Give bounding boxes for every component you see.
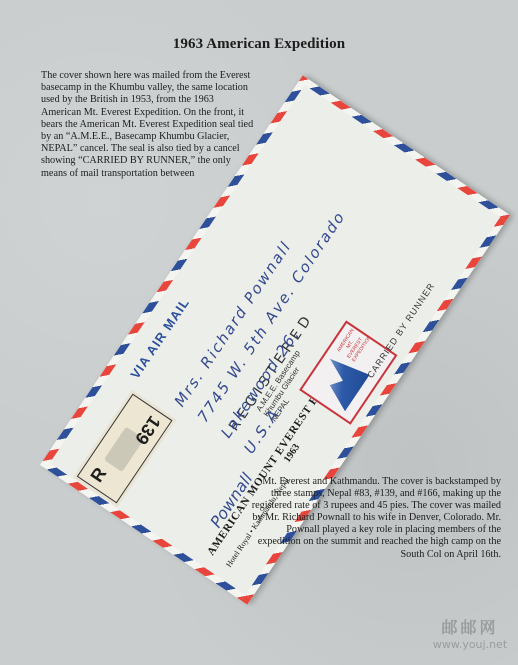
watermark: 邮邮网 www.youj.net — [425, 615, 515, 651]
registration-letter: R — [87, 464, 112, 487]
page-title: 1963 American Expedition — [0, 36, 518, 53]
intro-description: The cover shown here was mailed from the… — [41, 70, 256, 180]
via-air-mail-label: VIA AIR MAIL — [127, 295, 192, 381]
outro-text: Mt. Everest and Kathmandu. The cover is … — [252, 476, 501, 560]
outro-description: Mt. Everest and Kathmandu. The cover is … — [251, 476, 501, 561]
watermark-url: www.youj.net — [425, 638, 515, 651]
registration-label: R 139 — [77, 394, 173, 504]
intro-text: The cover shown here was mailed from the… — [41, 70, 256, 180]
watermark-chinese: 邮邮网 — [425, 615, 515, 638]
